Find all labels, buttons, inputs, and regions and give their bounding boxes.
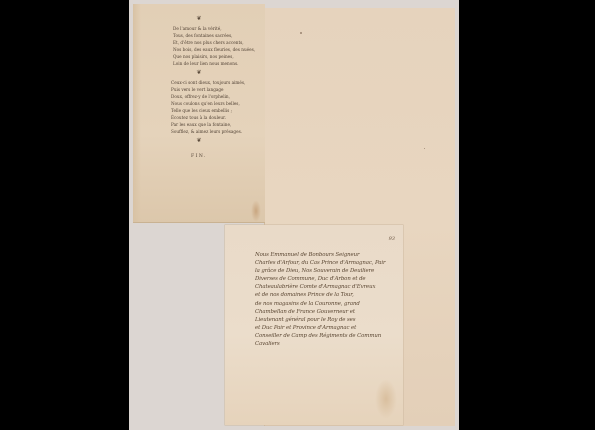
verse-line: Et, d'être nos plus chers accents, (173, 39, 263, 46)
verse-line: Par les eaux que la fontaine, (171, 121, 261, 128)
manuscript-line: la grâce de Dieu, Nos Souverain de Deuil… (255, 267, 405, 275)
verse-line: Écoutez tous à la douleur. (171, 114, 261, 121)
paper-spot (424, 148, 425, 149)
paper-stain (375, 379, 397, 419)
manuscript-line: et de nos domaines Prince de la Tour, (255, 291, 405, 299)
verse-line: Nos bois, des eaux fleuries, des nuées, (173, 46, 263, 53)
manuscript-line: Conseiller de Camp des Régiments de Comm… (255, 332, 405, 340)
manuscript-line: de nos magasins de la Couronne, grand (255, 300, 405, 308)
manuscript-line: Chateaulabrière Comte d'Armagnac d'Evreu… (255, 283, 405, 291)
verse-line: De l'amour & la vérité, (173, 25, 263, 32)
verse-line: Nous coulons qu'en leurs belles, (171, 100, 261, 107)
manuscript-line: et Duc Pair et Province d'Armagnac et (255, 324, 405, 332)
page-fold-shadow (133, 4, 141, 222)
manuscript-line: Chambellan de France Gouverneur et (255, 308, 405, 316)
verse-line: Doux, offrez-y de l'orphelin, (171, 93, 261, 100)
manuscript-line: Cavaliers (255, 340, 405, 348)
end-mark: FIN. (133, 154, 265, 159)
verse-line: Loin de leur lien nous menons. (173, 60, 263, 67)
fleuron-ornament-icon: ❦ (196, 138, 201, 144)
fleuron-ornament-icon: ❦ (196, 70, 201, 76)
printed-poem-page: ❦ De l'amour & la vérité, Tous, des font… (133, 4, 265, 222)
verse-line: Ceux-ci sont dieux, toujours aimés, (171, 79, 261, 86)
handwritten-manuscript-page: 93 Nous Emmanuel de Bonbours Seigneur Ch… (225, 225, 403, 425)
stanza-1: De l'amour & la vérité, Tous, des fontai… (173, 25, 263, 67)
manuscript-line: Lieutenant général pour le Roy de ses (255, 316, 405, 324)
verse-line: Telle que les cieux embellis ; (171, 107, 261, 114)
verse-line: Soufflez, & aimez leurs présages. (171, 128, 261, 135)
stanza-2: Ceux-ci sont dieux, toujours aimés, Puis… (171, 79, 261, 135)
manuscript-line: Diverses de Commune, Duc d'Arbon et de (255, 275, 405, 283)
paper-stain (251, 200, 261, 222)
paper-spot (300, 32, 302, 34)
page-number: 93 (389, 236, 395, 242)
manuscript-text: Nous Emmanuel de Bonbours Seigneur Charl… (255, 251, 405, 348)
verse-line: Que nos plaisirs, nos peines, (173, 53, 263, 60)
verse-line: Tous, des fontaines sacrées, (173, 32, 263, 39)
manuscript-line: Charles d'Arfour, du Cas Prince d'Armagn… (255, 259, 405, 267)
manuscript-line: Nous Emmanuel de Bonbours Seigneur (255, 251, 405, 259)
verse-line: Puis vers le vert langage (171, 86, 261, 93)
fleuron-ornament-icon: ❦ (196, 16, 201, 22)
